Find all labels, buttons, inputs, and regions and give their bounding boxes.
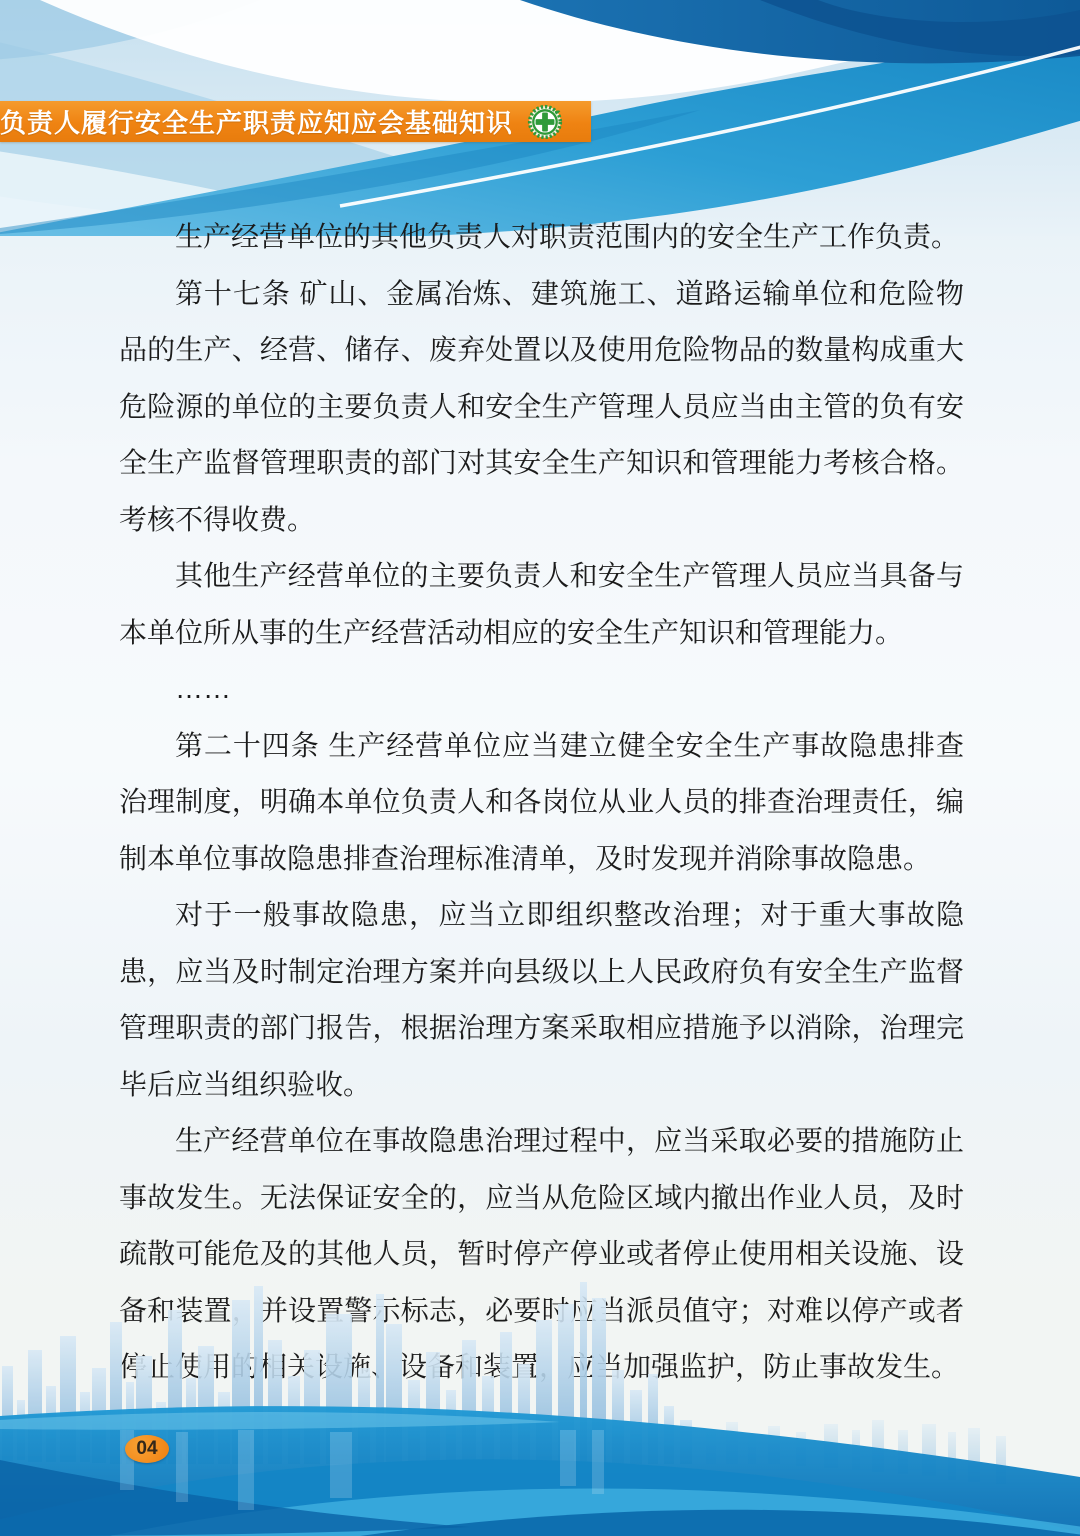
paragraph: …… (119, 661, 964, 718)
paragraph: 对于一般事故隐患，应当立即组织整改治理；对于重大事故隐患，应当及时制定治理方案并… (119, 887, 964, 1113)
paragraph: 第十七条 矿山、金属冶炼、建筑施工、道路运输单位和危险物品的生产、经营、储存、废… (119, 266, 964, 549)
page-number-badge: 04 (125, 1435, 169, 1463)
paragraph: 其他生产经营单位的主要负责人和安全生产管理人员应当具备与本单位所从事的生产经营活… (119, 548, 964, 661)
work-safety-logo-icon (527, 104, 563, 140)
page-number: 04 (136, 1438, 157, 1460)
document-page: 企业主要负责人履行安全生产职责应知应会基础知识 生产经营单位的其他负责人对职责范… (0, 0, 1080, 1536)
bottom-wave-graphic (0, 1280, 1080, 1536)
page-title: 企业主要负责人履行安全生产职责应知应会基础知识 (0, 103, 513, 140)
header-banner: 企业主要负责人履行安全生产职责应知应会基础知识 (0, 101, 591, 142)
paragraph: 第二十四条 生产经营单位应当建立健全安全生产事故隐患排查治理制度，明确本单位负责… (119, 718, 964, 888)
paragraph: 生产经营单位的其他负责人对职责范围内的安全生产工作负责。 (119, 209, 964, 266)
body-text: 生产经营单位的其他负责人对职责范围内的安全生产工作负责。 第十七条 矿山、金属冶… (119, 209, 964, 1396)
